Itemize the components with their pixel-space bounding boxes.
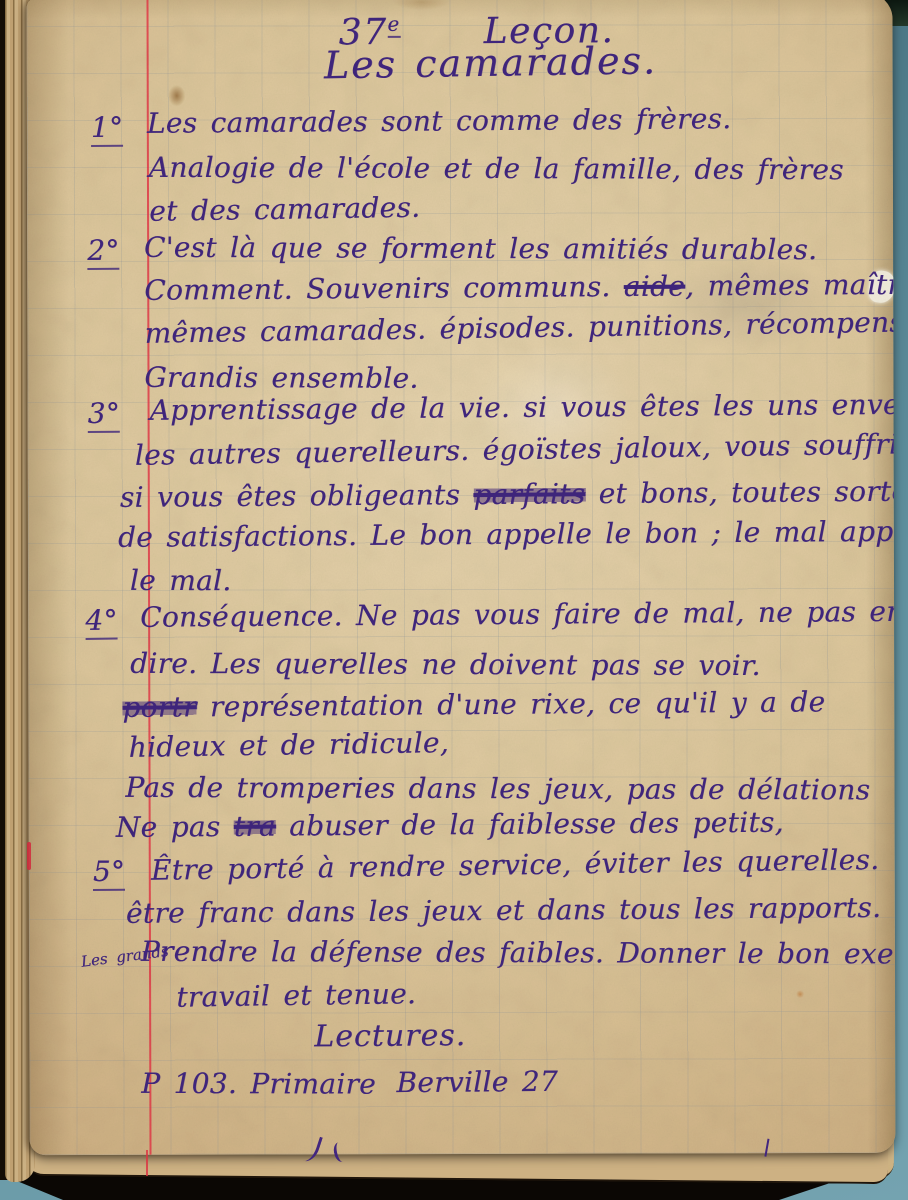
item-number-label: 3°	[88, 397, 121, 433]
manuscript-line: les autres querelleurs. égoïstes jaloux,…	[135, 427, 896, 473]
handwritten-text: si vous êtes obligeants	[120, 478, 474, 514]
handwritten-text: Ne pas	[116, 810, 234, 844]
item-number-label: 4°	[85, 604, 118, 640]
handwritten-text: Comment. Souvenirs communs.	[144, 270, 624, 307]
manuscript-line: C'est là que se forment les amitiés dura…	[144, 231, 817, 267]
item-number-label: 1°	[91, 111, 124, 147]
scribbled-word: parfaits	[473, 477, 585, 511]
handwritten-text: abuser de la faiblesse des petits,	[276, 806, 784, 843]
notebook-page: 37e Leçon. Les camarades. 1° Les camarad…	[26, 0, 895, 1155]
manuscript-line: hideux et de ridicule,	[128, 726, 449, 765]
handwritten-text: et bons, toutes sortes	[585, 475, 895, 511]
manuscript-line: Comment. Souvenirs communs. aide, mêmes …	[144, 268, 895, 308]
handwritten-text: représentation d'une rixe, ce qu'il y a …	[197, 685, 826, 723]
handwritten-text: , mêmes maîtres	[685, 268, 896, 303]
manuscript-line: Les camarades sont comme des frères.	[147, 102, 732, 141]
reference-page: P 103. Primaire	[141, 1067, 376, 1102]
manuscript-line: être franc dans les jeux et dans tous le…	[126, 891, 882, 931]
red-edge-mark	[27, 842, 31, 870]
manuscript-line: Être porté à rendre service, éviter les …	[151, 843, 880, 888]
manuscript-line: mêmes camarades. épisodes. punitions, ré…	[144, 305, 895, 351]
struck-word: aide	[624, 270, 686, 303]
manuscript-line: Analogie de l'école et de la famille, de…	[149, 151, 844, 187]
red-margin-line-continuation	[146, 1150, 148, 1176]
manuscript-line: le mal.	[130, 564, 232, 598]
manuscript-line: Ne pas tra abuser de la faiblesse des pe…	[116, 806, 784, 845]
manuscript-line: dire. Les querelles ne doivent pas se vo…	[130, 647, 761, 683]
page-title: Les camarades.	[324, 43, 658, 82]
item-number-5: 5°	[93, 855, 126, 889]
manuscript-line: portr représentation d'une rixe, ce qu'i…	[122, 685, 825, 725]
scribbled-word: portr	[122, 690, 197, 724]
manuscript-line: Grandis ensemble.	[144, 361, 418, 396]
item-number-2: 2°	[87, 234, 120, 268]
manuscript-line: de satisfactions. Le bon appelle le bon …	[118, 514, 896, 554]
lectures-heading: Lectures.	[314, 1019, 466, 1054]
manuscript-line: travail et tenue.	[176, 977, 416, 1015]
scribbled-word: tra	[234, 810, 276, 843]
item-number-4: 4°	[85, 604, 118, 638]
item-number-label: 5°	[93, 855, 126, 891]
manuscript-line: Conséquence. Ne pas vous faire de mal, n…	[140, 595, 895, 635]
item-number-3: 3°	[88, 397, 121, 431]
manuscript-line: et des camarades.	[149, 191, 421, 229]
rust-spot	[795, 989, 805, 999]
item-number-1: 1°	[91, 111, 124, 145]
manuscript-line: Prendre la défense des faibles. Donner l…	[141, 935, 896, 972]
item-number-label: 2°	[87, 234, 120, 270]
reference-source: Berville 27	[396, 1065, 558, 1100]
manuscript-line: Apprentissage de la vie. si vous êtes le…	[150, 388, 896, 428]
manuscript-line: si vous êtes obligeants parfaits et bons…	[120, 475, 896, 515]
ordinal-superscript: e	[387, 13, 400, 38]
scanned-notebook-photo: 37e Leçon. Les camarades. 1° Les camarad…	[0, 0, 908, 1200]
manuscript-line: Pas de tromperies dans les jeux, pas de …	[125, 771, 870, 808]
